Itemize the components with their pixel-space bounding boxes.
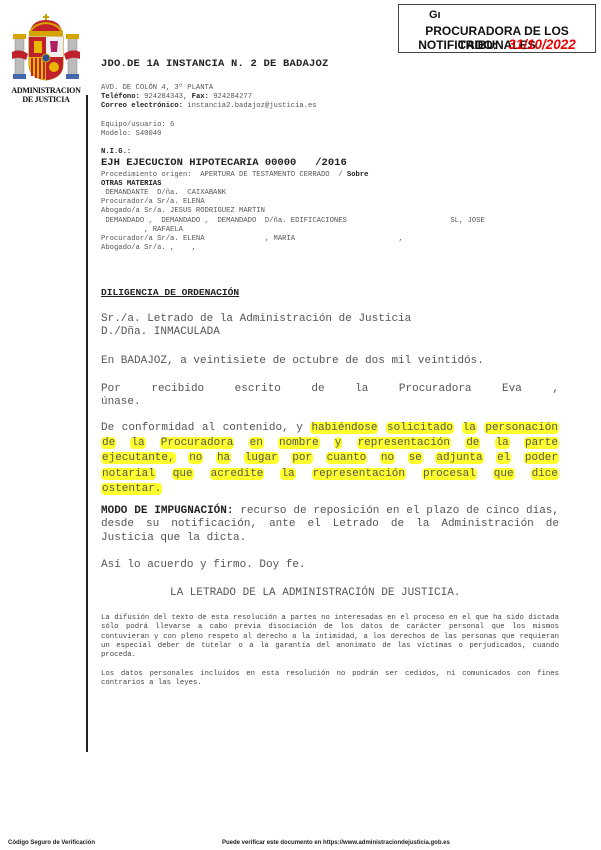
highlighted-word: personación	[484, 422, 559, 434]
highlighted-word: nombre	[278, 437, 320, 449]
stamp-name: Gı	[429, 8, 441, 22]
nig-label-text: N.I.G.:	[101, 148, 131, 156]
highlighted-word: que	[493, 468, 515, 480]
section-title: DILIGENCIA DE ORDENACIÓN	[101, 287, 239, 298]
highlighted-word: la	[462, 422, 477, 434]
logo-caption-line1: ADMINISTRACION	[8, 86, 84, 95]
highlighted-word: la	[130, 437, 145, 449]
team-value: Equipo/usuario: 6	[101, 121, 174, 129]
highlighted-word: representación	[357, 437, 451, 449]
model-value: Modelo: S40040	[101, 130, 161, 138]
highlighted-word: de	[101, 437, 116, 449]
highlighted-word: representación	[312, 468, 406, 480]
court-name: JDO.DE 1A INSTANCIA N. 2 DE BADAJOZ	[101, 58, 329, 70]
appeal-label: MODO DE IMPUGNACIÓN:	[101, 505, 233, 517]
highlighted-word: solicitado	[386, 422, 454, 434]
highlighted-word: no	[188, 452, 203, 464]
verify-link[interactable]: Puede verificar este documento en https:…	[222, 840, 450, 846]
court-address: AVD. DE COLÓN 4, 3º PLANTA	[101, 84, 213, 92]
highlighted-word: de	[465, 437, 480, 449]
case-subject: OTRAS MATERIAS	[101, 180, 161, 188]
email-label: Correo electrónico:	[101, 102, 183, 110]
email-value: instancia2.badajoz@justicia.es	[187, 102, 316, 110]
clerk-block: Sr./a. Letrado de la Administración de J…	[101, 313, 411, 340]
stamp-notified-label: NOTIFICADO:	[418, 38, 497, 52]
received-line1: Por recibido escrito de la Procuradora E…	[101, 383, 559, 396]
csv-label: Código Seguro de Verificación	[8, 840, 95, 846]
highlighted-word: cuanto	[326, 452, 368, 464]
coat-of-arms-icon	[12, 14, 80, 91]
highlighted-word: ha	[216, 452, 231, 464]
highlighted-word: y	[334, 437, 343, 449]
highlighted-word: Procuradora	[160, 437, 235, 449]
highlighted-word: habiéndose	[310, 422, 378, 434]
highlighted-word: la	[495, 437, 510, 449]
logo-caption-line2: DE JUSTICIA	[8, 95, 84, 104]
fax-label: Fax:	[192, 93, 209, 101]
origin-text: Procedimiento origen: APERTURA DE TESTAM…	[101, 171, 343, 179]
highlighted-word: acredite	[210, 468, 265, 480]
signature-line: LA LETRADO DE LA ADMINISTRACIÓN DE JUSTI…	[170, 587, 460, 600]
margin-rule	[86, 95, 88, 752]
nig-label: N.I.G.:	[101, 148, 131, 157]
highlighted-word: parte	[524, 437, 559, 449]
phone-value: 924284343,	[144, 93, 187, 101]
received-paragraph: Por recibido escrito de la Procuradora E…	[101, 383, 559, 410]
highlighted-word: no	[380, 452, 395, 464]
highlighted-word: poder	[524, 452, 559, 464]
highlighted-word: la	[280, 468, 295, 480]
clerk-line2: D./Dña. INMACULADA	[101, 326, 411, 339]
case-title: EJH EJECUCION HIPOTECARIA 00000 /2016	[101, 157, 347, 169]
stamp-notified: NOTIFICADO: 31/10/2022	[399, 38, 595, 52]
place-date: En BADAJOZ, a veintisiete de octubre de …	[101, 355, 484, 368]
highlighted-word: procesal	[422, 468, 477, 480]
fax-value: 924284277	[213, 93, 252, 101]
logo-caption: ADMINISTRACION DE JUSTICIA	[8, 86, 84, 104]
appeal-paragraph: MODO DE IMPUGNACIÓN: recurso de reposici…	[101, 505, 559, 545]
case-origin: Procedimiento origen: APERTURA DE TESTAM…	[101, 171, 368, 189]
highlighted-word: ejecutante,	[101, 452, 176, 464]
highlighted-word: en	[249, 437, 264, 449]
parties-list: DEMANDANTE D/ña. CAIXABANK Procurador/a …	[101, 189, 485, 253]
highlighted-word: se	[408, 452, 423, 464]
highlighted-word: el	[496, 452, 511, 464]
highlighted-word: por	[291, 452, 313, 464]
highlighted-word: notarial	[101, 468, 156, 480]
phone-label: Teléfono:	[101, 93, 140, 101]
closing-text: Así lo acuerdo y firmo. Doy fe.	[101, 559, 306, 572]
conformity-plain: De conformidad al contenido, y	[101, 422, 310, 434]
notification-stamp: Gı PROCURADORA DE LOS TRIBUNALES NOTIFIC…	[398, 4, 596, 53]
highlighted-word: ostentar.	[101, 483, 162, 495]
origin-bold: Sobre	[347, 171, 369, 179]
team-info: Equipo/usuario: 6 Modelo: S40040	[101, 121, 174, 139]
court-contact: AVD. DE COLÓN 4, 3º PLANTA Teléfono: 924…	[101, 84, 317, 112]
highlighted-word: lugar	[244, 452, 279, 464]
data-protection-notice: Los datos personales incluidos en esta r…	[101, 670, 559, 689]
highlighted-word: dice	[531, 468, 559, 480]
received-line2: únase.	[101, 396, 559, 409]
highlighted-word: que	[172, 468, 194, 480]
conformity-paragraph: De conformidad al contenido, y habiéndos…	[101, 421, 559, 497]
clerk-line1: Sr./a. Letrado de la Administración de J…	[101, 313, 411, 326]
highlighted-word: adjunta	[435, 452, 483, 464]
privacy-notice: La difusión del texto de esta resolución…	[101, 614, 559, 660]
stamp-date: 31/10/2022	[508, 37, 576, 52]
